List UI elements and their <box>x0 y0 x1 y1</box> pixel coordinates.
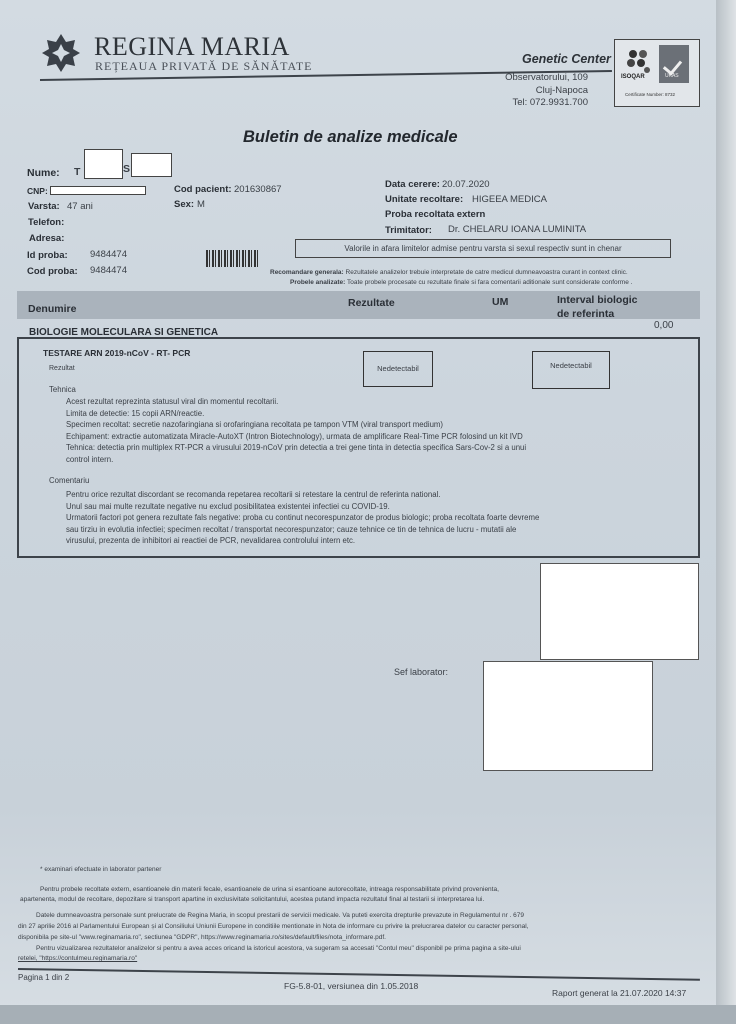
sample-id-label: Id proba: <box>27 250 68 261</box>
partner-note: * examinari efectuate in laborator parte… <box>40 866 161 873</box>
samples-label: Probele analizate: <box>290 279 345 286</box>
age-label: Varsta: <box>28 201 60 212</box>
name-label: Nume: <box>27 167 60 179</box>
footer-divider <box>18 968 700 980</box>
footer-p1-l1: Pentru probele recoltate extern, esantio… <box>40 886 499 893</box>
technique-line: control intern. <box>66 455 113 464</box>
out-of-range-notice: Valorile in afara limitelor admise pentr… <box>295 239 671 258</box>
technique-line: Acest rezultat reprezinta statusul viral… <box>66 397 278 406</box>
lab-report-page: REGINA MARIA REȚEAUA PRIVATĂ DE SĂNĂTATE… <box>0 0 716 1010</box>
lab-chief-label: Sef laborator: <box>394 667 448 677</box>
certification-logos: ISOQAR UKAS Certificate Number: 8732 <box>614 39 700 107</box>
test-name: TESTARE ARN 2019-nCoV - RT- PCR <box>43 348 190 358</box>
col-reference-1: Interval biologic <box>557 294 638 306</box>
cnp-label: CNP: <box>27 186 48 196</box>
report-title: Buletin de analize medicale <box>243 128 458 147</box>
footer-p3-l2: retelei, "https://contulmeu.reginamaria.… <box>18 955 137 962</box>
barcode <box>206 250 260 267</box>
sender-label: Trimitator: <box>385 225 432 236</box>
comment-line: Unul sau mai multe rezultate negative nu… <box>66 502 390 511</box>
isoqar-label: ISOQAR <box>621 74 645 80</box>
recommendation-text: Rezultatele analizelor trebuie interpret… <box>346 269 628 276</box>
isoqar-logo-icon <box>623 46 653 76</box>
technique-line: Specimen recoltat: secretie nazofaringia… <box>66 420 443 429</box>
brand-name: REGINA MARIA <box>94 32 290 62</box>
age-value: 47 ani <box>67 201 93 212</box>
footer-p2-l2: din 27 aprilie 2016 al Parlamentului Eur… <box>18 923 529 930</box>
technique-line: Echipament: extractie automatizata Mirac… <box>66 432 523 441</box>
redacted-signature <box>483 661 653 771</box>
ukas-label: UKAS <box>665 73 679 79</box>
sample-code-label: Cod proba: <box>27 266 78 277</box>
technique-line: Tehnica: detectia prin multiplex RT-PCR … <box>66 443 526 452</box>
recommendation-label: Recomandare generala: <box>270 269 344 276</box>
phone-label: Telefon: <box>28 217 64 228</box>
comment-line: Urmatorii factori pot genera rezultate f… <box>66 513 539 522</box>
test-result-section: TESTARE ARN 2019-nCoV - RT- PCR Rezultat… <box>17 337 700 558</box>
col-name: Denumire <box>28 303 76 315</box>
collection-unit-value: HIGEEA MEDICA <box>472 194 547 205</box>
result-label: Rezultat <box>49 365 75 372</box>
technique-line: Limita de detectie: 15 copii ARN/reactie… <box>66 409 204 418</box>
desk-background <box>0 1005 736 1024</box>
report-generated: Raport generat la 21.07.2020 14:37 <box>552 988 686 998</box>
footer-p1-l2: apartenenta, modul de recoltare, depozit… <box>20 896 484 903</box>
col-reference-2: de referinta <box>557 308 614 320</box>
phone: Tel: 072.9931.700 <box>512 97 588 108</box>
recommendation: Recomandare generala: Rezultatele analiz… <box>270 269 628 276</box>
redacted-last-name <box>131 153 172 177</box>
redacted-first-name <box>84 149 123 179</box>
form-version: FG-5.8-01, versiunea din 1.05.2018 <box>284 981 418 991</box>
sex-value: M <box>197 199 205 210</box>
samples-text: Toate probele procesate cu rezultate fin… <box>347 279 632 286</box>
results-table-header: Denumire Rezultate UM Interval biologic … <box>17 291 700 319</box>
request-date-label: Data cerere: <box>385 179 440 190</box>
address-city: Cluj-Napoca <box>536 85 588 96</box>
page-edge-shadow <box>716 0 736 1024</box>
redacted-cnp <box>50 186 146 195</box>
certificate-number: Certificate Number: 8732 <box>625 92 675 97</box>
brand-tagline: REȚEAUA PRIVATĂ DE SĂNĂTATE <box>95 59 313 74</box>
redacted-stamp <box>540 563 699 660</box>
page-number: Pagina 1 din 2 <box>18 973 69 982</box>
footer-p3-l1: Pentru vizualizarea rezultatelor analize… <box>36 945 521 952</box>
collection-unit-label: Unitate recoltare: <box>385 194 463 205</box>
external-sample: Proba recoltata extern <box>385 209 485 220</box>
address-street: Observatorului, 109 <box>505 72 588 83</box>
address-label: Adresa: <box>29 233 64 244</box>
sender-value: Dr. CHELARU IOANA LUMINITA <box>448 224 586 235</box>
footer-p2-l1: Datele dumneavoastra personale sunt prel… <box>36 912 524 919</box>
patient-code-label: Cod pacient: <box>174 184 232 195</box>
footer-p2-l3: disponibila pe site-ul "www.reginamaria.… <box>18 934 386 941</box>
patient-code-value: 201630867 <box>234 184 282 195</box>
name-initial-2: S <box>123 163 130 175</box>
col-result: Rezultate <box>348 297 395 309</box>
section-value: 0,00 <box>654 320 673 331</box>
sex-label: Sex: <box>174 199 194 210</box>
comment-heading: Comentariu <box>49 476 89 485</box>
comment-line: Pentru orice rezultat discordant se reco… <box>66 490 440 499</box>
reference-value: Nedetectabil <box>532 351 610 389</box>
reference-value-text: Nedetectabil <box>550 361 592 370</box>
result-value: Nedetectabil <box>363 351 433 387</box>
request-date-value: 20.07.2020 <box>442 179 490 190</box>
sample-code-value: 9484474 <box>90 265 127 276</box>
technique-heading: Tehnica <box>49 385 76 394</box>
name-initial-1: T <box>74 166 80 178</box>
sample-id-value: 9484474 <box>90 249 127 260</box>
comment-line: virusului, prezenta de inhibitori ai rea… <box>66 536 355 545</box>
samples-analyzed: Probele analizate: Toate probele procesa… <box>290 279 632 286</box>
center-name: Genetic Center <box>522 52 611 66</box>
comment-line: sau tirziu in evolutia infectiei; specim… <box>66 525 516 534</box>
result-value-text: Nedetectabil <box>377 364 419 373</box>
regina-maria-star-icon <box>40 32 82 74</box>
col-unit: UM <box>492 296 508 308</box>
